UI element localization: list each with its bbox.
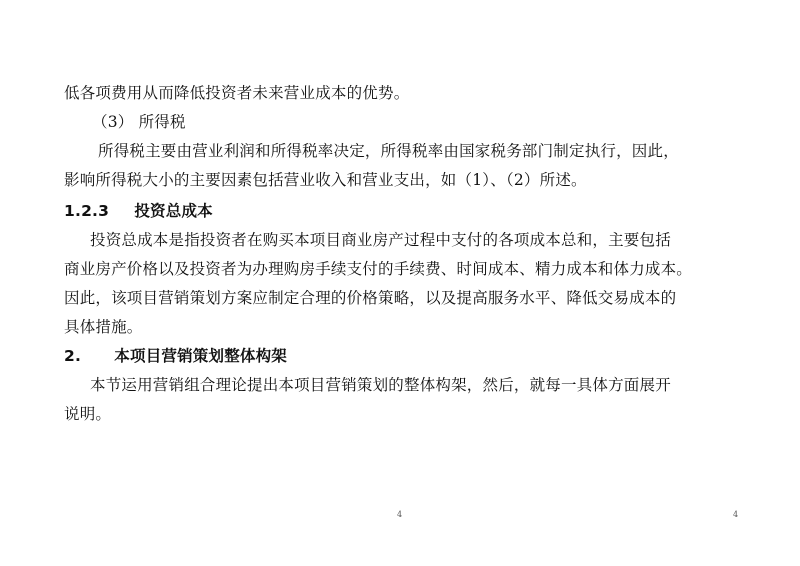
paragraph-line: 影响所得税大小的主要因素包括营业收入和营业支出，如（1）、（2）所述。 <box>64 170 587 190</box>
page-number-center: 4 <box>397 510 402 519</box>
heading-title: 本项目营销策划整体构架 <box>114 347 287 365</box>
paragraph-line: 所得税主要由营业利润和所得税率决定，所得税率由国家税务部门制定执行，因此， <box>98 141 679 161</box>
section-heading-2: 2. 本项目营销策划整体构架 <box>64 346 287 366</box>
page-number-right: 4 <box>733 510 738 519</box>
paragraph-line: 说明。 <box>64 404 111 424</box>
paragraph-line: 低各项费用从而降低投资者未来营业成本的优势。 <box>64 83 409 103</box>
paragraph-line: 因此，该项目营销策划方案应制定合理的价格策略，以及提高服务水平、降低交易成本的 <box>64 288 676 308</box>
section-heading-1-2-3: 1.2.3 投资总成本 <box>64 201 213 221</box>
heading-number: 2. <box>64 347 81 365</box>
paragraph-line: 本节运用营销组合理论提出本项目营销策划的整体构架，然后，就每一具体方面展开 <box>90 375 671 395</box>
paragraph-line: 投资总成本是指投资者在购买本项目商业房产过程中支付的各项成本总和，主要包括 <box>90 230 671 250</box>
heading-title: 投资总成本 <box>134 202 213 220</box>
paragraph-line: 具体措施。 <box>64 317 143 337</box>
subsection-label: （3） 所得税 <box>92 112 186 132</box>
heading-number: 1.2.3 <box>64 202 109 220</box>
paragraph-line: 商业房产价格以及投资者为办理购房手续支付的手续费、时间成本、精力成本和体力成本。 <box>64 259 692 279</box>
